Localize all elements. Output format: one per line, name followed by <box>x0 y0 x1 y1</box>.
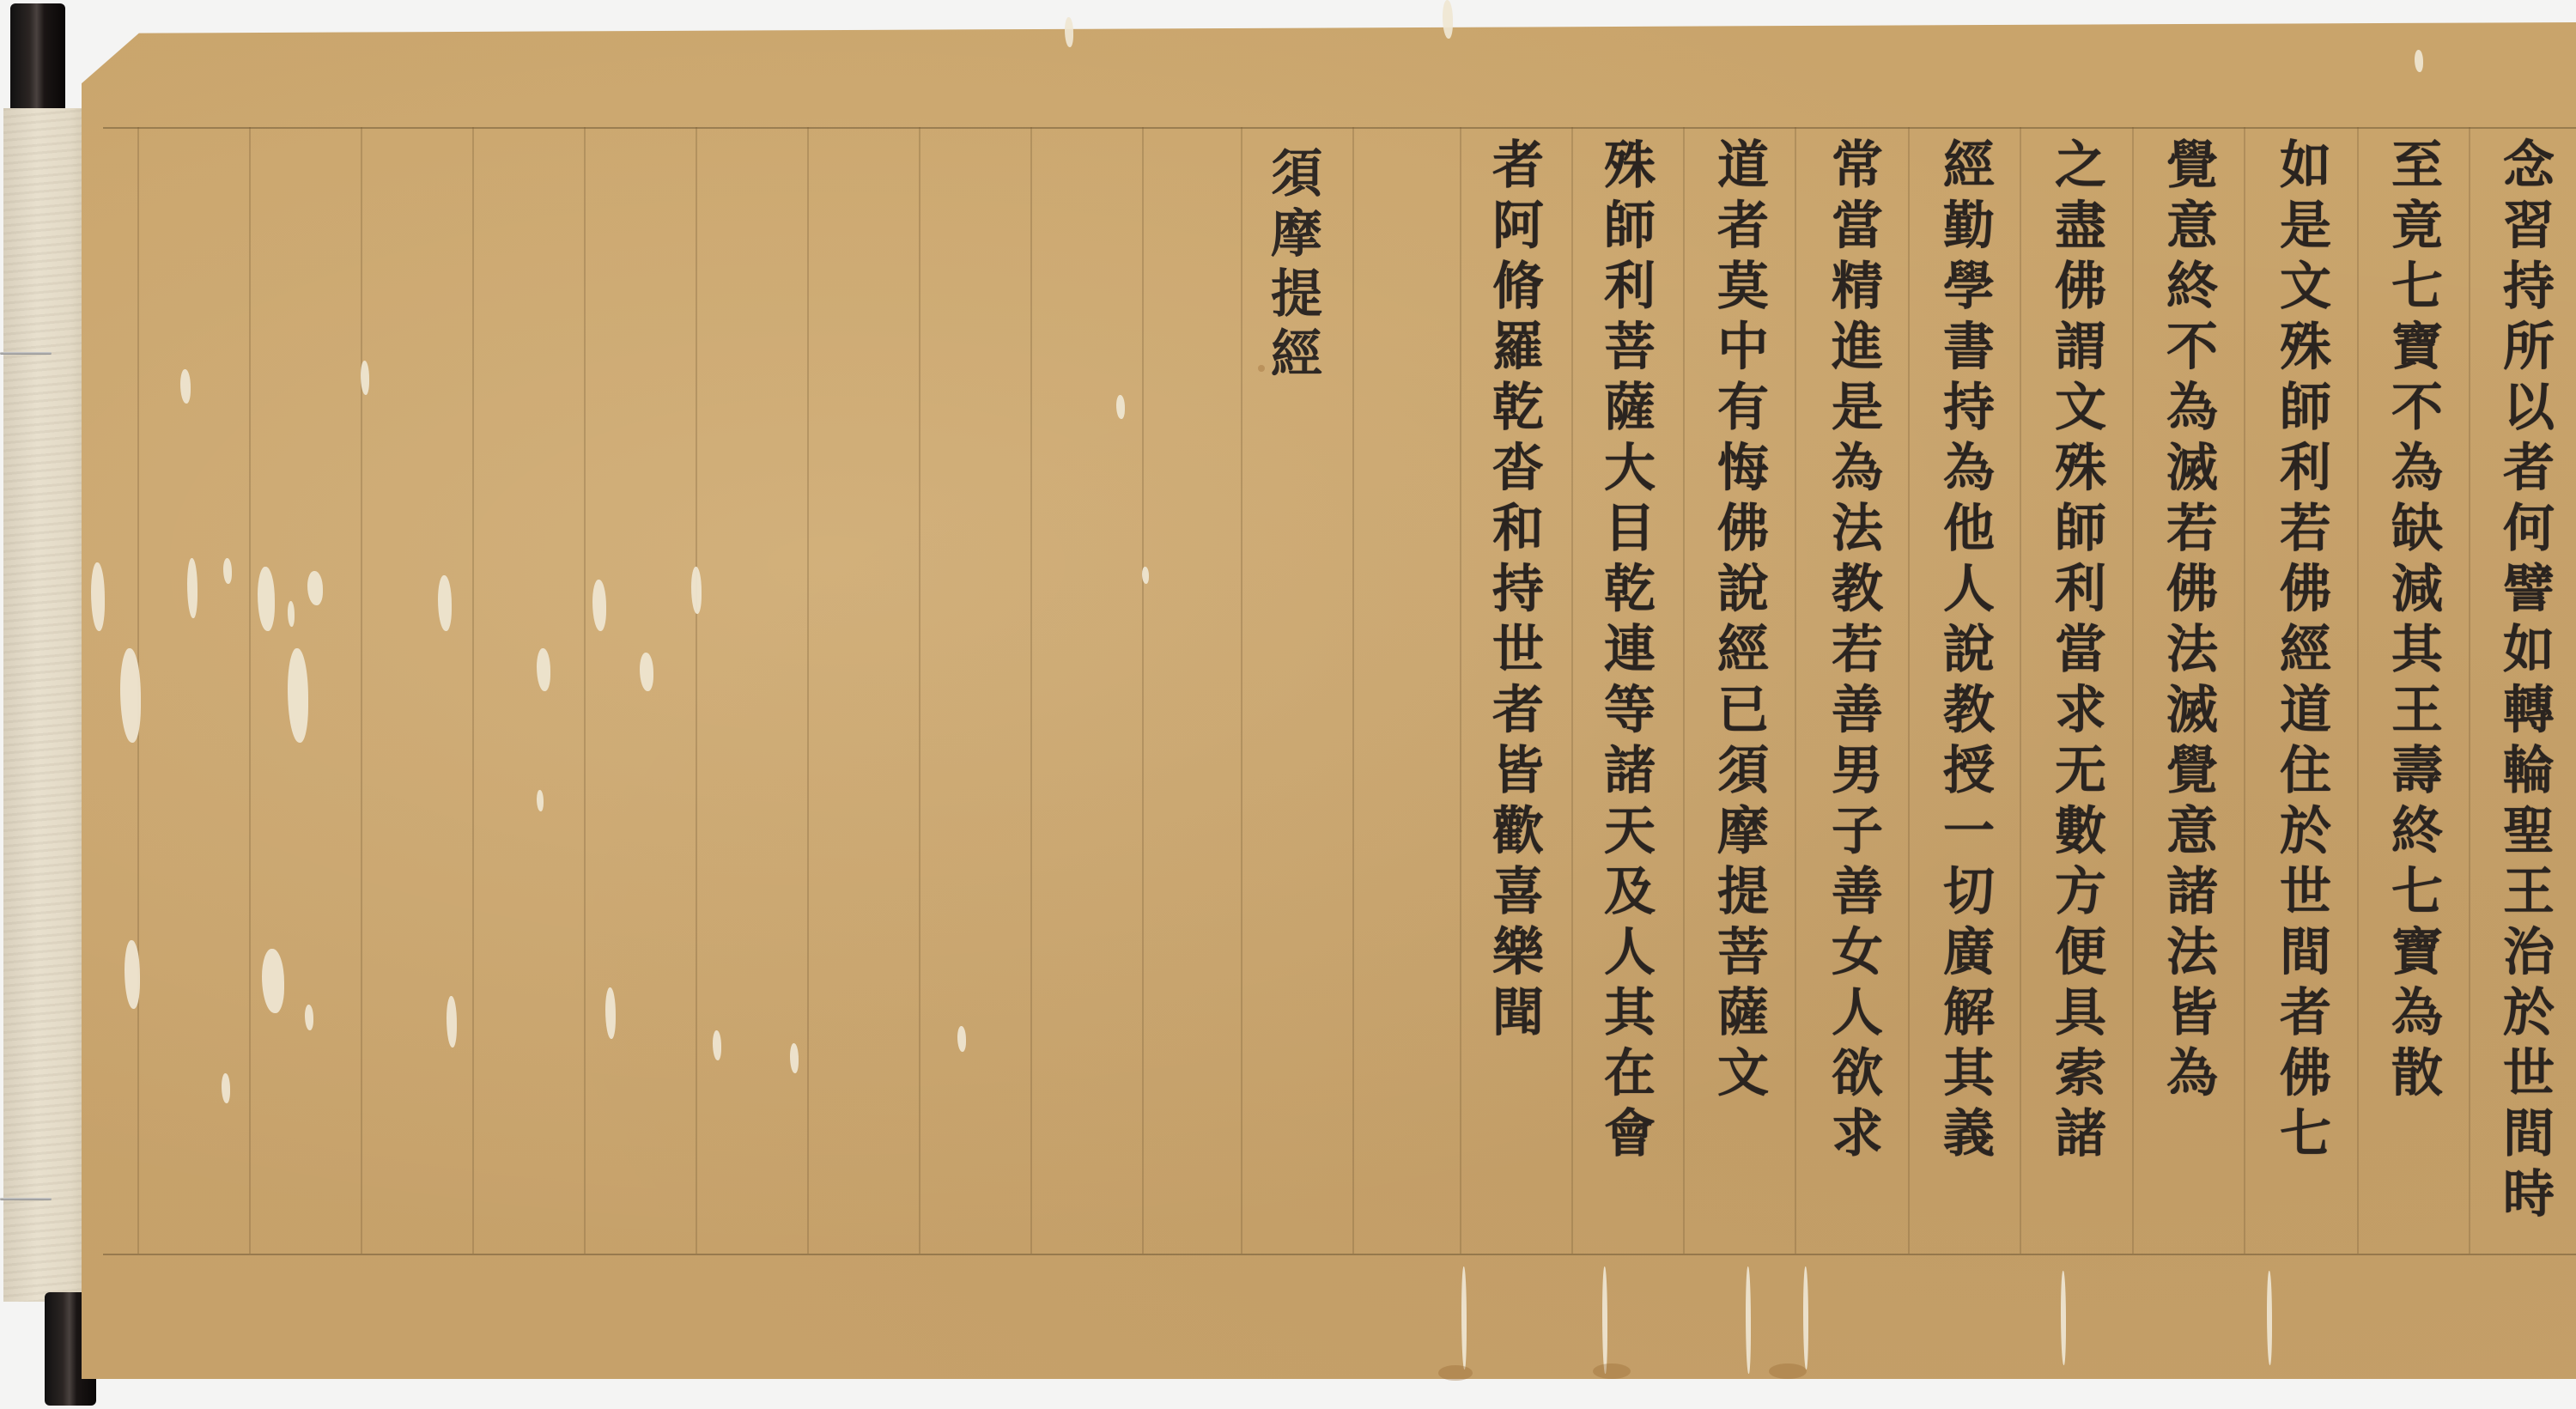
sutra-column-3: 如是文殊師利若佛經道住於世間者佛七 <box>2254 137 2348 1167</box>
paper-loss <box>691 567 702 614</box>
bottom-ruling-line <box>103 1254 2576 1255</box>
column-rule <box>1795 127 1796 1254</box>
paper-loss <box>537 790 544 811</box>
paper-loss <box>91 562 105 631</box>
paper-loss <box>187 558 197 618</box>
column-text: 至竟七寶不為缺減其王壽終七寶為散 <box>2366 137 2460 1106</box>
column-rule <box>1460 127 1461 1254</box>
column-rule <box>807 127 809 1254</box>
sutra-end-title: 須摩提經 <box>1245 146 1340 386</box>
paper-loss <box>1803 1266 1808 1370</box>
paper-loss <box>537 648 550 691</box>
water-stain <box>1593 1363 1631 1379</box>
sutra-column-4: 覺意終不為滅若佛法滅覺意諸法皆為 <box>2141 137 2235 1106</box>
column-text: 覺意終不為滅若佛法滅覺意諸法皆為 <box>2141 137 2235 1106</box>
paper-loss <box>447 996 457 1048</box>
paper-loss <box>262 949 284 1013</box>
mounting-pin-icon <box>0 352 52 355</box>
sutra-column-1: 念習持所以者何譬如轉輪聖王治於世間時 <box>2477 137 2572 1227</box>
column-rule <box>584 127 586 1254</box>
mounting-pin-icon <box>0 1198 52 1200</box>
column-rule <box>2357 127 2359 1254</box>
paper-loss <box>438 575 452 631</box>
column-text: 殊師利菩薩大目乾連等諸天及人其在會 <box>1578 137 1673 1167</box>
end-title-text: 須摩提經 <box>1255 146 1329 386</box>
sutra-column-6: 經勤學書持為他人說教授一切廣解其義 <box>1917 137 2012 1167</box>
paper-loss <box>1746 1266 1751 1374</box>
column-rule <box>1683 127 1685 1254</box>
column-rule <box>2132 127 2134 1254</box>
paper-loss <box>120 648 141 743</box>
paper-loss <box>125 940 140 1009</box>
column-rule <box>249 127 251 1254</box>
paper-loss <box>2061 1271 2066 1365</box>
column-rule <box>696 127 697 1254</box>
paper-loss <box>2415 50 2423 72</box>
paper-loss <box>288 648 308 743</box>
column-rule <box>1030 127 1032 1254</box>
paper-loss <box>222 1073 230 1103</box>
paper-loss <box>180 369 191 404</box>
roller-rod-top <box>10 3 65 115</box>
paper-loss <box>1116 395 1125 419</box>
paper-loss <box>1602 1266 1607 1374</box>
column-rule <box>1241 127 1242 1254</box>
sutra-column-5: 之盡佛謂文殊師利當求无數方便具索諸 <box>2029 137 2123 1167</box>
column-text: 經勤學書持為他人說教授一切廣解其義 <box>1917 137 2012 1167</box>
paper-loss <box>790 1043 799 1073</box>
paper-loss <box>1443 0 1453 39</box>
sutra-column-9: 殊師利菩薩大目乾連等諸天及人其在會 <box>1578 137 1673 1167</box>
paper-loss <box>2267 1271 2272 1365</box>
column-text: 道者莫中有悔佛說經已須摩提菩薩文 <box>1692 137 1786 1106</box>
column-rule <box>919 127 920 1254</box>
column-rule <box>1571 127 1573 1254</box>
paper-loss <box>288 601 295 627</box>
sutra-column-8: 道者莫中有悔佛說經已須摩提菩薩文 <box>1692 137 1786 1106</box>
column-text: 常當精進是為法教若善男子善女人欲求 <box>1806 137 1900 1167</box>
paper-loss <box>223 558 232 584</box>
column-rule <box>361 127 362 1254</box>
paper-loss <box>361 361 369 395</box>
sutra-column-7: 常當精進是為法教若善男子善女人欲求 <box>1806 137 1900 1167</box>
column-rule <box>2469 127 2470 1254</box>
paper-loss <box>307 571 323 605</box>
paper-loss <box>305 1005 313 1030</box>
column-rule <box>1142 127 1144 1254</box>
paper-loss <box>1065 17 1073 47</box>
scroll-photograph: 念習持所以者何譬如轉輪聖王治於世間時 至竟七寶不為缺減其王壽終七寶為散 如是文殊… <box>0 0 2576 1409</box>
sutra-column-2: 至竟七寶不為缺減其王壽終七寶為散 <box>2366 137 2460 1106</box>
water-stain <box>1769 1363 1807 1379</box>
paper-loss <box>605 987 616 1039</box>
paper-loss <box>640 653 653 691</box>
column-rule <box>1908 127 1910 1254</box>
water-stain <box>1438 1365 1473 1381</box>
column-text: 之盡佛謂文殊師利當求无數方便具索諸 <box>2029 137 2123 1167</box>
column-rule <box>472 127 474 1254</box>
column-rule <box>2020 127 2021 1254</box>
paper-loss <box>957 1026 966 1052</box>
paper-loss <box>258 567 275 631</box>
column-text: 者阿脩羅乾沓和持世者皆歡喜樂聞 <box>1467 137 1561 1046</box>
paper-loss <box>713 1030 721 1060</box>
column-text: 如是文殊師利若佛經道住於世間者佛七 <box>2254 137 2348 1167</box>
column-text: 念習持所以者何譬如轉輪聖王治於世間時 <box>2477 137 2572 1227</box>
top-ruling-line <box>103 127 2576 129</box>
column-rule <box>1352 127 1354 1254</box>
paper-loss <box>592 580 606 631</box>
paper-loss <box>1142 567 1149 584</box>
paper-loss <box>1461 1266 1467 1370</box>
column-rule <box>2244 127 2245 1254</box>
sutra-column-10: 者阿脩羅乾沓和持世者皆歡喜樂聞 <box>1467 137 1561 1046</box>
